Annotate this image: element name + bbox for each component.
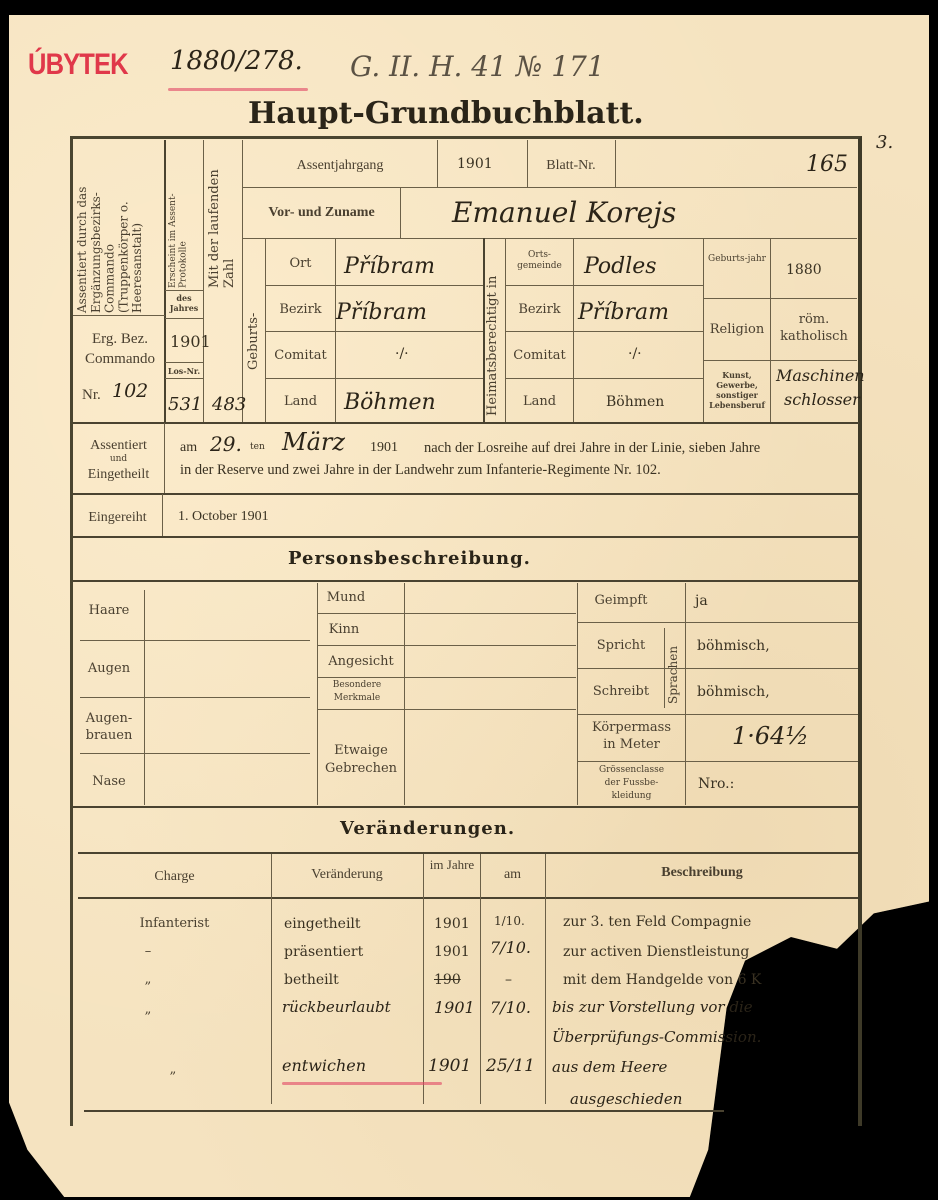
besondere-label-2: Merkmale bbox=[318, 693, 396, 704]
divider bbox=[73, 580, 859, 582]
row-beschreibung: bis zur Vorstellung vor die bbox=[552, 998, 753, 1016]
row-veraenderung: präsentiert bbox=[284, 944, 363, 960]
assentiert-label-3: Eingetheilt bbox=[73, 466, 164, 484]
divider bbox=[242, 140, 243, 422]
augen-label: Augen bbox=[74, 661, 144, 677]
domicile-comitat-value: ·/· bbox=[628, 346, 642, 362]
birth-bezirk-value: Příbram bbox=[336, 300, 427, 325]
row-charge: – bbox=[78, 944, 218, 960]
divider bbox=[73, 806, 859, 808]
row-am: 7/10. bbox=[490, 998, 531, 1017]
divider bbox=[404, 583, 405, 805]
birth-comitat-value: ·/· bbox=[395, 346, 409, 362]
assentjahrgang-label: Assentjahrgang bbox=[243, 157, 437, 175]
sprachen-label: Sprachen bbox=[667, 632, 681, 704]
geburtsjahr-label: Geburts-jahr bbox=[704, 254, 770, 265]
divider bbox=[164, 423, 165, 493]
divider bbox=[615, 140, 616, 187]
ortsgemeinde-value: Podles bbox=[584, 254, 657, 279]
divider bbox=[480, 854, 481, 1104]
assent-text-line-1: nach der Losreihe auf drei Jahre in der … bbox=[424, 440, 760, 457]
divider bbox=[271, 854, 272, 1104]
row-veraenderung: rückbeurlaubt bbox=[282, 998, 391, 1016]
divider bbox=[84, 1110, 724, 1112]
command-label-2: Commando bbox=[76, 350, 164, 369]
spricht-value: böhmisch, bbox=[697, 638, 770, 654]
assent-year: 1901 bbox=[370, 440, 398, 456]
nro-label: Nro.: bbox=[698, 776, 734, 792]
angesicht-label: Angesicht bbox=[318, 654, 404, 670]
divider bbox=[73, 315, 165, 316]
divider bbox=[573, 238, 574, 422]
assentiert-label-1: Assentiert bbox=[73, 437, 164, 455]
divider bbox=[506, 331, 703, 332]
divider bbox=[506, 285, 703, 286]
col-jahr: im Jahre bbox=[424, 857, 480, 873]
col-am: am bbox=[480, 866, 545, 884]
divider bbox=[73, 536, 859, 538]
groessenclasse-label-3: kleidung bbox=[578, 791, 685, 802]
divider bbox=[704, 360, 857, 361]
los-number: 531 bbox=[168, 394, 202, 415]
divider bbox=[400, 187, 401, 238]
col-charge: Charge bbox=[78, 868, 271, 886]
gebrechen-label-1: Etwaige bbox=[318, 743, 404, 759]
birth-land-label: Land bbox=[266, 394, 335, 410]
geburtsjahr-value: 1880 bbox=[786, 262, 822, 278]
assent-day: 29. bbox=[210, 432, 242, 456]
divider bbox=[80, 697, 310, 698]
eingereiht-value: 1. October 1901 bbox=[178, 509, 269, 525]
year-label: des Jahres bbox=[165, 293, 203, 313]
gebrechen-label-2: Gebrechen bbox=[318, 761, 404, 777]
beruf-value-1: Maschinen bbox=[776, 366, 865, 385]
beruf-label-1: Kunst, bbox=[704, 370, 770, 380]
stamp-underline bbox=[168, 88, 308, 91]
koerpermass-label-2: in Meter bbox=[578, 737, 685, 753]
veraenderungen-title: Veränderungen. bbox=[340, 818, 515, 839]
row-veraenderung: betheilt bbox=[284, 972, 339, 988]
los-label: Los-Nr. bbox=[165, 366, 203, 376]
row-jahr: 190 bbox=[434, 972, 461, 988]
divider bbox=[162, 494, 163, 536]
col-beschreibung: Beschreibung bbox=[546, 864, 858, 882]
religion-value-2: katholisch bbox=[771, 329, 857, 345]
divider bbox=[437, 140, 438, 187]
corner-page-mark: 3. bbox=[876, 132, 893, 153]
divider bbox=[266, 378, 483, 379]
divider bbox=[506, 378, 703, 379]
domicile-land-label: Land bbox=[506, 394, 573, 410]
row-beschreibung: aus dem Heere bbox=[552, 1058, 667, 1076]
divider bbox=[578, 622, 858, 623]
schreibt-label: Schreibt bbox=[578, 684, 664, 700]
divider bbox=[80, 640, 310, 641]
row-jahr: 1901 bbox=[434, 998, 475, 1017]
beruf-label-4: Lebensberuf bbox=[704, 400, 770, 410]
domicile-land-value: Böhmen bbox=[606, 394, 664, 410]
ordinal-suffix: ten bbox=[250, 442, 265, 452]
running-number: 483 bbox=[212, 394, 246, 415]
blatt-number: 165 bbox=[806, 152, 848, 177]
divider bbox=[203, 140, 204, 422]
religion-value-1: röm. bbox=[771, 312, 857, 328]
divider bbox=[78, 852, 858, 854]
row-charge: „ bbox=[78, 1002, 218, 1018]
row-beschreibung: zur 3. ten Feld Compagnie bbox=[563, 914, 751, 930]
divider bbox=[318, 709, 576, 710]
archive-reference: G. II. H. 41 № 171 bbox=[350, 50, 605, 83]
domicile-group-label: Heimatsberechtigt in bbox=[486, 244, 501, 416]
nr-label: Nr. bbox=[82, 386, 101, 405]
mund-label: Mund bbox=[318, 590, 374, 606]
divider bbox=[73, 493, 859, 495]
besondere-label-1: Besondere bbox=[318, 680, 396, 691]
divider bbox=[165, 378, 203, 379]
red-pencil-underline bbox=[282, 1082, 442, 1085]
augenbrauen-label-1: Augen- bbox=[74, 711, 144, 727]
row-beschreibung: mit dem Handgelde von 6 K bbox=[563, 972, 761, 988]
row-am: – bbox=[505, 972, 512, 988]
domicile-bezirk-label: Bezirk bbox=[506, 302, 573, 318]
nase-label: Nase bbox=[74, 774, 144, 790]
kinn-label: Kinn bbox=[318, 622, 370, 638]
divider bbox=[165, 290, 203, 291]
divider bbox=[578, 714, 858, 715]
divider bbox=[318, 645, 576, 646]
command-label-1: Erg. Bez. bbox=[76, 330, 164, 349]
name-label: Vor- und Zuname bbox=[243, 204, 400, 222]
page-title: Haupt-Grundbuchblatt. bbox=[248, 96, 644, 131]
divider bbox=[266, 331, 483, 332]
divider bbox=[335, 238, 336, 422]
divider bbox=[165, 362, 203, 363]
protocol-year: 1901 bbox=[170, 332, 211, 351]
ortsgemeinde-label: Orts-gemeinde bbox=[506, 250, 573, 273]
schreibt-value: böhmisch, bbox=[697, 684, 770, 700]
blatt-label: Blatt-Nr. bbox=[527, 157, 615, 175]
row-charge: Infanterist bbox=[78, 916, 271, 932]
row-beschreibung: zur activen Dienstleistung bbox=[563, 944, 749, 960]
row-jahr: 1901 bbox=[434, 944, 470, 960]
divider bbox=[685, 583, 686, 805]
beruf-label-2: Gewerbe, bbox=[704, 380, 770, 390]
row-beschreibung: ausgeschieden bbox=[570, 1090, 682, 1108]
row-am: 7/10. bbox=[490, 938, 531, 957]
running-number-label: Mit der laufenden Zahl bbox=[208, 148, 238, 288]
assent-month: März bbox=[282, 428, 345, 456]
divider bbox=[164, 140, 166, 422]
spricht-label: Spricht bbox=[578, 638, 664, 654]
geimpft-label: Geimpft bbox=[578, 593, 664, 609]
row-veraenderung: eingetheilt bbox=[284, 916, 361, 932]
row-charge: „ bbox=[78, 1062, 268, 1078]
row-beschreibung: Überprüfungs-Commission. bbox=[552, 1028, 761, 1046]
haare-label: Haare bbox=[74, 603, 144, 619]
birth-ort-label: Ort bbox=[266, 256, 335, 272]
birth-group-label: Geburts- bbox=[247, 290, 262, 370]
divider bbox=[80, 753, 310, 754]
row-charge: „ bbox=[78, 972, 218, 988]
personsbeschreibung-title: Personsbeschreibung. bbox=[288, 548, 531, 569]
row-am: 1/10. bbox=[494, 914, 525, 928]
row-veraenderung: entwichen bbox=[282, 1056, 366, 1075]
divider bbox=[78, 897, 858, 899]
augenbrauen-label-2: brauen bbox=[74, 728, 144, 744]
row-jahr: 1901 bbox=[434, 916, 470, 932]
divider bbox=[578, 668, 858, 669]
col-veraenderung: Veränderung bbox=[271, 866, 423, 884]
stamp-number: 1880/278. bbox=[170, 46, 303, 76]
domicile-comitat-label: Comitat bbox=[506, 348, 573, 364]
divider bbox=[243, 187, 857, 188]
religion-label: Religion bbox=[704, 322, 770, 338]
assent-command-label: Assentiert durch das Ergänzungsbezirks-C… bbox=[76, 148, 145, 313]
divider bbox=[165, 318, 203, 319]
divider bbox=[318, 677, 576, 678]
assentiert-label-2: und bbox=[73, 454, 164, 465]
domicile-bezirk-value: Příbram bbox=[578, 300, 669, 325]
geimpft-value: ja bbox=[695, 593, 708, 609]
am-label: am bbox=[180, 440, 197, 456]
beruf-label-3: sonstiger bbox=[704, 390, 770, 400]
assentjahrgang-value: 1901 bbox=[457, 156, 493, 172]
birth-ort-value: Příbram bbox=[344, 254, 435, 279]
ubytek-stamp: ÚBYTEK bbox=[28, 48, 128, 82]
row-am: 25/11 bbox=[486, 1056, 535, 1076]
birth-land-value: Böhmen bbox=[344, 390, 436, 415]
divider bbox=[545, 854, 546, 1104]
koerpermass-label-1: Körpermass bbox=[578, 720, 685, 736]
divider bbox=[266, 285, 483, 286]
birth-comitat-label: Comitat bbox=[266, 348, 335, 364]
groessenclasse-label-1: Grössenclasse bbox=[578, 765, 685, 776]
full-name: Emanuel Korejs bbox=[452, 196, 676, 229]
divider bbox=[423, 854, 424, 1104]
koerpermass-value: 1·64½ bbox=[732, 722, 809, 750]
eingereiht-label: Eingereiht bbox=[73, 509, 162, 527]
groessenclasse-label-2: der Fussbe- bbox=[578, 778, 685, 789]
assent-text-line-2: in der Reserve und zwei Jahre in der Lan… bbox=[180, 462, 661, 479]
divider bbox=[73, 422, 859, 424]
row-jahr: 1901 bbox=[428, 1056, 471, 1076]
birth-bezirk-label: Bezirk bbox=[266, 302, 335, 318]
divider bbox=[578, 761, 858, 762]
divider bbox=[704, 298, 857, 299]
protocol-label: Erscheint im Assent-Protokolle bbox=[168, 148, 189, 288]
divider bbox=[318, 613, 576, 614]
command-number: 102 bbox=[112, 380, 148, 402]
beruf-value-2: schlosser bbox=[784, 390, 860, 409]
